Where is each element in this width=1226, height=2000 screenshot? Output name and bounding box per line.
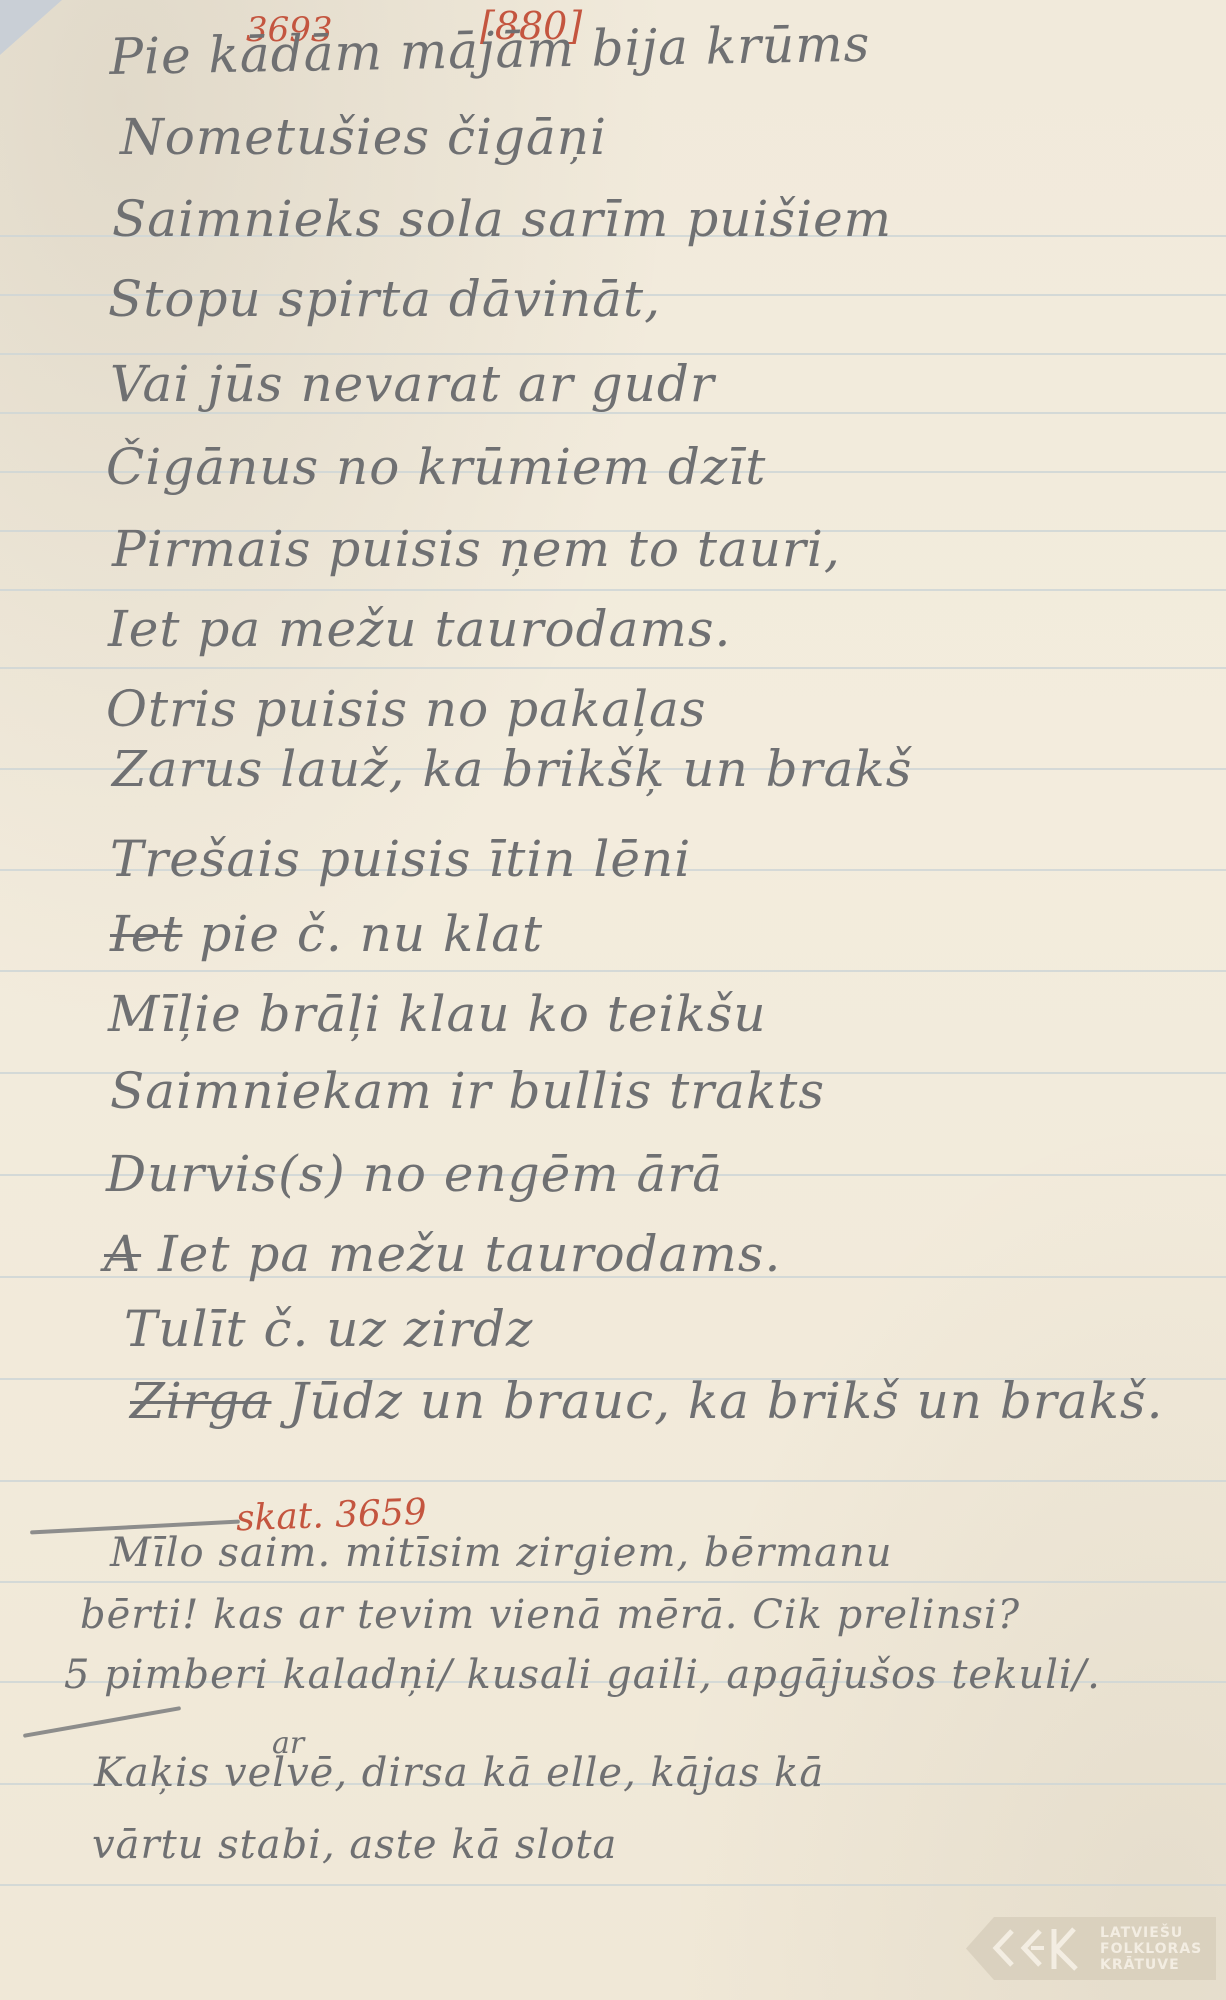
text-line-4: Stopu spirta dāvināt, <box>108 270 661 328</box>
text-line-7: Pirmais puisis ņem to tauri, <box>112 520 841 578</box>
text-line-18: Zirga Jūdz un brauc, ka brikš un brakš. <box>130 1372 1163 1430</box>
text-line-18-content: Jūdz un brauc, ka brikš un brakš. <box>288 1372 1163 1430</box>
text-line-15: Durvis(s) no engēm ārā <box>106 1145 723 1203</box>
struck-word: Iet <box>110 905 182 963</box>
struck-word: Zirga <box>130 1372 271 1430</box>
note-1-line-2: bērti! kas ar tevim vienā mērā. Cik prel… <box>80 1592 1020 1638</box>
note-2-line-1: Kaķis velvē, dirsa kā elle, kājas kā <box>94 1750 824 1796</box>
logo-text: LATVIEŠU FOLKLORAS KRĀTUVE <box>1100 1925 1202 1973</box>
text-line-3: Saimnieks sola sarīm puišiem <box>112 190 892 248</box>
ruled-line <box>0 667 1226 669</box>
ruled-line <box>0 1581 1226 1583</box>
ruled-line <box>0 1480 1226 1482</box>
text-line-8: Iet pa mežu taurodams. <box>108 600 731 658</box>
text-line-16: A Iet pa mežu taurodams. <box>104 1225 781 1283</box>
text-line-9: Otris puisis no pakaļas <box>106 680 707 738</box>
note-1-line-3: 5 pimberi kaladņi/ kusali gaili, apgājuš… <box>64 1652 1101 1698</box>
ruled-line <box>0 589 1226 591</box>
logo-line-3: KRĀTUVE <box>1100 1957 1202 1973</box>
text-line-6: Čigānus no krūmiem dzīt <box>106 438 766 496</box>
text-line-12: Iet pie č. nu klat <box>110 905 543 963</box>
note-1-line-1: Mīlo saim. mitīsim zirgiem, bērmanu <box>110 1530 893 1576</box>
text-line-5: Vai jūs nevarat ar gudr <box>110 355 715 413</box>
pencil-divider <box>23 1706 181 1738</box>
text-line-17: Tulīt č. uz zirdz <box>124 1300 533 1358</box>
ruled-line <box>0 970 1226 972</box>
manuscript-page: 3693 [880] Pie kādām mājām bija krūms No… <box>0 0 1226 2000</box>
text-line-14: Saimniekam ir bullis trakts <box>110 1062 825 1120</box>
text-line-12-content: pie č. nu klat <box>199 905 543 963</box>
text-line-2: Nometušies čigāņi <box>120 108 607 166</box>
text-line-11: Trešais puisis ītin lēni <box>110 830 691 888</box>
ruled-line <box>0 1884 1226 1886</box>
text-line-16-content: Iet pa mežu taurodams. <box>158 1225 781 1283</box>
text-line-13: Mīļie brāļi klau ko teikšu <box>108 985 767 1043</box>
lfk-monogram-icon <box>990 1917 1100 1980</box>
logo-line-1: LATVIEŠU <box>1100 1925 1202 1941</box>
logo-line-2: FOLKLORAS <box>1100 1941 1202 1957</box>
text-line-1: Pie kādām mājām bija krūms <box>109 15 871 86</box>
note-2-line-2: vārtu stabi, aste kā slota <box>92 1822 617 1868</box>
text-line-10: Zarus lauž, ka brikšķ un brakš <box>112 740 912 798</box>
struck-word: A <box>104 1225 141 1283</box>
folklore-archive-logo: LATVIEŠU FOLKLORAS KRĀTUVE <box>966 1917 1216 1980</box>
note-2-line-1-content: Kaķis velvē, dirsa kā elle, kājas kā <box>94 1750 824 1796</box>
